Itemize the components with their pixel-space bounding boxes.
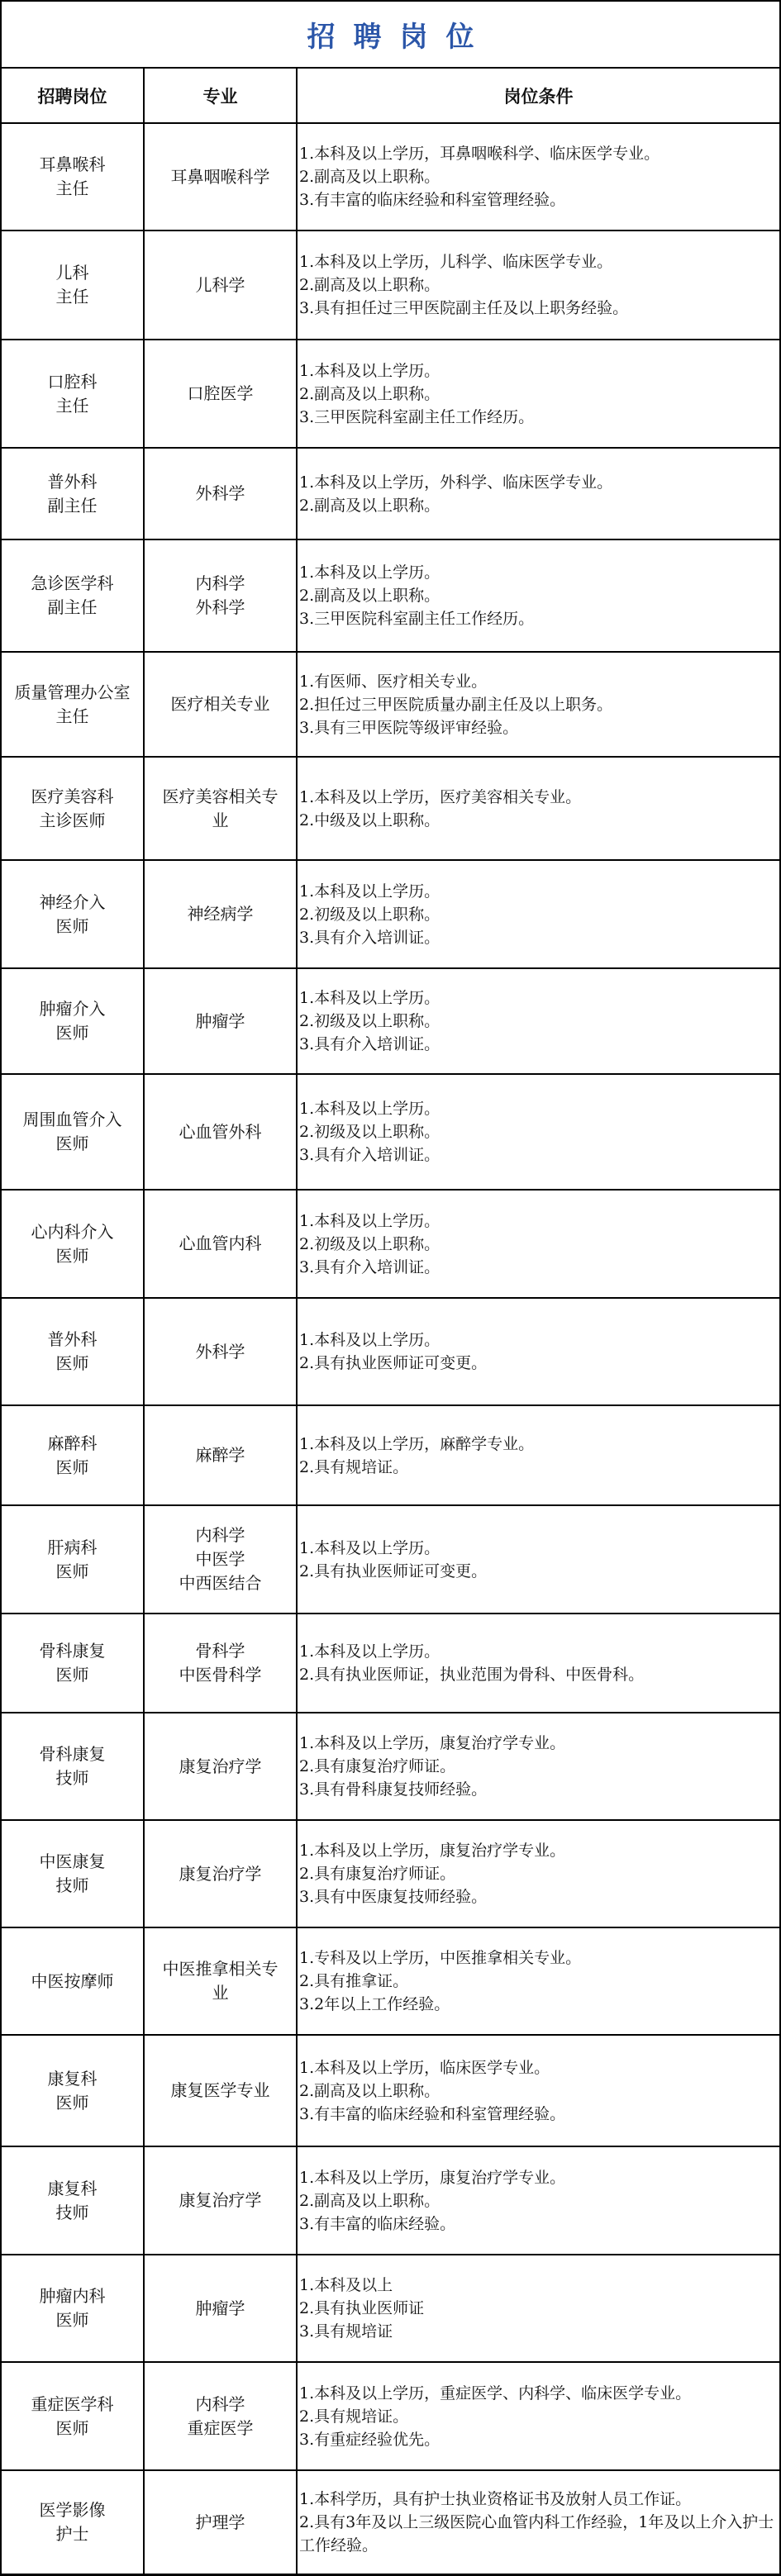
condition-item: 3.具有介入培训证。: [299, 1256, 778, 1279]
condition-item: 1.本科及以上学历。: [299, 561, 778, 584]
table-row: 口腔科主任口腔医学1.本科及以上学历。2.副高及以上职称。3.三甲医院科室副主任…: [2, 340, 779, 448]
condition-item: 2.具有执业医师证可变更。: [299, 1560, 778, 1583]
condition-item: 1.本科及以上学历。: [299, 1328, 778, 1352]
conditions-cell: 1.本科及以上学历，耳鼻咽喉科学、临床医学专业。2.副高及以上职称。3.有丰富的…: [297, 123, 779, 231]
major-cell: 康复治疗学: [144, 2146, 297, 2255]
condition-item: 2.副高及以上职称。: [299, 2189, 778, 2212]
condition-item: 2.副高及以上职称。: [299, 383, 778, 406]
condition-item: 3.有丰富的临床经验。: [299, 2212, 778, 2236]
table-header-row: 招聘岗位 专业 岗位条件: [2, 69, 779, 123]
conditions-cell: 1.本科及以上学历，儿科学、临床医学专业。2.副高及以上职称。3.具有担任过三甲…: [297, 231, 779, 340]
condition-item: 3.具有介入培训证。: [299, 1033, 778, 1056]
major-text: 外科学: [145, 1340, 296, 1364]
table-row: 麻醉科医师麻醉学1.本科及以上学历，麻醉学专业。2.具有规培证。: [2, 1405, 779, 1505]
condition-item: 1.本科及以上学历，康复治疗学专业。: [299, 1732, 778, 1755]
position-text: 肿瘤介入: [2, 997, 143, 1021]
major-cell: 心血管外科: [144, 1074, 297, 1190]
position-text: 重症医学科: [2, 2393, 143, 2417]
major-cell: 儿科学: [144, 231, 297, 340]
major-text: 儿科学: [145, 273, 296, 297]
condition-item: 1.本科及以上学历。: [299, 880, 778, 903]
major-text: 心血管内科: [145, 1232, 296, 1256]
major-cell: 肿瘤学: [144, 2255, 297, 2362]
position-text: 技师: [2, 1874, 143, 1898]
major-text: 耳鼻咽喉科学: [145, 165, 296, 189]
table-row: 医学影像护士护理学1.本科学历，具有护士执业资格证书及放射人员工作证。2.具有3…: [2, 2470, 779, 2574]
major-text: 业: [145, 1981, 296, 2005]
conditions-cell: 1.本科及以上学历，医疗美容相关专业。2.中级及以上职称。: [297, 757, 779, 860]
condition-item: 1.本科及以上学历。: [299, 1097, 778, 1120]
major-cell: 康复治疗学: [144, 1713, 297, 1820]
table-row: 心内科介入医师心血管内科1.本科及以上学历。2.初级及以上职称。3.具有介入培训…: [2, 1190, 779, 1298]
position-cell: 普外科医师: [2, 1298, 144, 1405]
major-text: 神经病学: [145, 902, 296, 926]
position-text: 医疗美容科: [2, 785, 143, 809]
condition-item: 3.具有介入培训证。: [299, 926, 778, 949]
major-cell: 康复治疗学: [144, 1820, 297, 1927]
condition-item: 3.具有骨科康复技师经验。: [299, 1778, 778, 1801]
position-text: 医师: [2, 2417, 143, 2441]
condition-item: 3.具有介入培训证。: [299, 1143, 778, 1167]
position-text: 骨科康复: [2, 1639, 143, 1663]
conditions-cell: 1.本科及以上学历。2.初级及以上职称。3.具有介入培训证。: [297, 1190, 779, 1298]
position-text: 副主任: [2, 494, 143, 518]
condition-item: 1.本科及以上学历，外科学、临床医学专业。: [299, 471, 778, 494]
position-cell: 普外科副主任: [2, 448, 144, 539]
position-text: 副主任: [2, 596, 143, 620]
condition-item: 2.初级及以上职称。: [299, 1233, 778, 1256]
condition-item: 2.具有康复治疗师证。: [299, 1755, 778, 1778]
major-text: 骨科学: [145, 1639, 296, 1663]
major-text: 外科学: [145, 482, 296, 506]
major-cell: 神经病学: [144, 860, 297, 968]
major-text: 康复治疗学: [145, 1755, 296, 1779]
conditions-cell: 1.本科及以上学历。2.初级及以上职称。3.具有介入培训证。: [297, 968, 779, 1074]
condition-item: 3.有丰富的临床经验和科室管理经验。: [299, 188, 778, 211]
position-text: 普外科: [2, 1328, 143, 1352]
condition-item: 3.有丰富的临床经验和科室管理经验。: [299, 2103, 778, 2126]
position-cell: 中医按摩师: [2, 1927, 144, 2035]
major-text: 心血管外科: [145, 1120, 296, 1144]
condition-item: 3.2年以上工作经验。: [299, 1993, 778, 2016]
position-text: 神经介入: [2, 891, 143, 915]
position-cell: 质量管理办公室主任: [2, 652, 144, 757]
recruitment-table: 招聘岗位 专业 岗位条件 耳鼻喉科主任耳鼻咽喉科学1.本科及以上学历，耳鼻咽喉科…: [2, 69, 779, 2575]
table-row: 中医按摩师中医推拿相关专业1.专科及以上学历，中医推拿相关专业。2.具有推拿证。…: [2, 1927, 779, 2035]
major-cell: 外科学: [144, 1298, 297, 1405]
major-text: 口腔医学: [145, 382, 296, 406]
condition-item: 2.副高及以上职称。: [299, 2079, 778, 2103]
position-text: 康复科: [2, 2067, 143, 2091]
condition-item: 2.担任过三甲医院质量办副主任及以上职务。: [299, 693, 778, 716]
major-cell: 护理学: [144, 2470, 297, 2574]
condition-item: 2.具有推拿证。: [299, 1970, 778, 1993]
position-text: 耳鼻喉科: [2, 153, 143, 177]
conditions-cell: 1.本科及以上学历，外科学、临床医学专业。2.副高及以上职称。: [297, 448, 779, 539]
major-text: 肿瘤学: [145, 1010, 296, 1034]
condition-item: 2.中级及以上职称。: [299, 809, 778, 832]
conditions-cell: 1.本科及以上学历，临床医学专业。2.副高及以上职称。3.有丰富的临床经验和科室…: [297, 2035, 779, 2146]
conditions-cell: 1.本科及以上学历，康复治疗学专业。2.具有康复治疗师证。3.具有中医康复技师经…: [297, 1820, 779, 1927]
condition-item: 2.具有执业医师证: [299, 2297, 778, 2320]
major-cell: 医疗相关专业: [144, 652, 297, 757]
major-text: 医疗美容相关专: [145, 785, 296, 809]
position-text: 肝病科: [2, 1536, 143, 1560]
major-cell: 肿瘤学: [144, 968, 297, 1074]
position-cell: 骨科康复医师: [2, 1614, 144, 1713]
position-cell: 心内科介入医师: [2, 1190, 144, 1298]
position-cell: 肝病科医师: [2, 1505, 144, 1614]
table-row: 骨科康复医师骨科学中医骨科学1.本科及以上学历。2.具有执业医师证，执业范围为骨…: [2, 1614, 779, 1713]
major-text: 护理学: [145, 2511, 296, 2535]
major-cell: 医疗美容相关专业: [144, 757, 297, 860]
major-text: 麻醉学: [145, 1443, 296, 1467]
condition-item: 1.本科及以上学历，康复治疗学专业。: [299, 1839, 778, 1862]
table-row: 中医康复技师康复治疗学1.本科及以上学历，康复治疗学专业。2.具有康复治疗师证。…: [2, 1820, 779, 1927]
position-text: 麻醉科: [2, 1432, 143, 1456]
condition-item: 2.初级及以上职称。: [299, 903, 778, 926]
major-cell: 外科学: [144, 448, 297, 539]
position-text: 康复科: [2, 2177, 143, 2201]
condition-item: 1.本科及以上学历，耳鼻咽喉科学、临床医学专业。: [299, 142, 778, 165]
conditions-cell: 1.本科及以上学历。2.具有执业医师证可变更。: [297, 1298, 779, 1405]
table-row: 康复科技师康复治疗学1.本科及以上学历，康复治疗学专业。2.副高及以上职称。3.…: [2, 2146, 779, 2255]
position-text: 儿科: [2, 261, 143, 285]
position-cell: 医疗美容科主诊医师: [2, 757, 144, 860]
position-text: 周围血管介入: [2, 1108, 143, 1132]
position-text: 医师: [2, 1244, 143, 1268]
page-title: 招聘岗位: [289, 14, 493, 55]
condition-item: 2.具有执业医师证可变更。: [299, 1352, 778, 1375]
condition-item: 2.副高及以上职称。: [299, 273, 778, 297]
position-text: 医师: [2, 2091, 143, 2115]
position-text: 医师: [2, 1352, 143, 1376]
header-conditions: 岗位条件: [297, 69, 779, 123]
position-cell: 耳鼻喉科主任: [2, 123, 144, 231]
condition-item: 2.具有规培证。: [299, 1456, 778, 1479]
condition-item: 1.本科及以上学历，重症医学、内科学、临床医学专业。: [299, 2382, 778, 2405]
table-row: 急诊医学科副主任内科学外科学1.本科及以上学历。2.副高及以上职称。3.三甲医院…: [2, 539, 779, 652]
condition-item: 1.本科及以上学历，医疗美容相关专业。: [299, 786, 778, 809]
condition-item: 3.三甲医院科室副主任工作经历。: [299, 406, 778, 429]
table-row: 耳鼻喉科主任耳鼻咽喉科学1.本科及以上学历，耳鼻咽喉科学、临床医学专业。2.副高…: [2, 123, 779, 231]
position-cell: 骨科康复技师: [2, 1713, 144, 1820]
condition-item: 1.本科及以上学历。: [299, 986, 778, 1010]
major-text: 重症医学: [145, 2417, 296, 2441]
table-row: 普外科副主任外科学1.本科及以上学历，外科学、临床医学专业。2.副高及以上职称。: [2, 448, 779, 539]
position-text: 技师: [2, 2201, 143, 2225]
position-text: 医师: [2, 1132, 143, 1156]
major-cell: 耳鼻咽喉科学: [144, 123, 297, 231]
major-text: 业: [145, 809, 296, 833]
major-text: 内科学: [145, 1523, 296, 1547]
conditions-cell: 1.本科及以上学历，康复治疗学专业。2.副高及以上职称。3.有丰富的临床经验。: [297, 2146, 779, 2255]
position-text: 医师: [2, 1021, 143, 1045]
condition-item: 1.本科及以上学历，康复治疗学专业。: [299, 2166, 778, 2189]
conditions-cell: 1.本科及以上学历。2.初级及以上职称。3.具有介入培训证。: [297, 860, 779, 968]
position-text: 主任: [2, 394, 143, 418]
condition-item: 3.具有担任过三甲医院副主任及以上职务经验。: [299, 297, 778, 320]
condition-item: 2.副高及以上职称。: [299, 165, 778, 188]
condition-item: 1.有医师、医疗相关专业。: [299, 670, 778, 693]
major-text: 医疗相关专业: [145, 692, 296, 716]
position-text: 医师: [2, 915, 143, 939]
major-cell: 内科学重症医学: [144, 2362, 297, 2470]
position-cell: 儿科主任: [2, 231, 144, 340]
conditions-cell: 1.本科及以上学历，麻醉学专业。2.具有规培证。: [297, 1405, 779, 1505]
major-text: 内科学: [145, 2393, 296, 2417]
condition-item: 2.具有康复治疗师证。: [299, 1862, 778, 1885]
condition-item: 1.本科及以上学历。: [299, 359, 778, 383]
table-body: 耳鼻喉科主任耳鼻咽喉科学1.本科及以上学历，耳鼻咽喉科学、临床医学专业。2.副高…: [2, 123, 779, 2574]
condition-item: 2.初级及以上职称。: [299, 1010, 778, 1033]
position-text: 护士: [2, 2522, 143, 2546]
condition-item: 1.本科及以上: [299, 2274, 778, 2297]
position-text: 肿瘤内科: [2, 2284, 143, 2308]
position-text: 中医按摩师: [2, 1970, 143, 1994]
position-text: 技师: [2, 1766, 143, 1790]
position-cell: 肿瘤介入医师: [2, 968, 144, 1074]
position-cell: 医学影像护士: [2, 2470, 144, 2574]
position-text: 主诊医师: [2, 809, 143, 833]
position-text: 骨科康复: [2, 1742, 143, 1766]
condition-item: 1.本科及以上学历，临床医学专业。: [299, 2056, 778, 2079]
position-text: 主任: [2, 285, 143, 309]
conditions-cell: 1.本科及以上学历。2.副高及以上职称。3.三甲医院科室副主任工作经历。: [297, 340, 779, 448]
condition-item: 1.本科及以上学历，麻醉学专业。: [299, 1433, 778, 1456]
major-text: 外科学: [145, 596, 296, 620]
table-row: 肿瘤介入医师肿瘤学1.本科及以上学历。2.初级及以上职称。3.具有介入培训证。: [2, 968, 779, 1074]
major-cell: 内科学中医学中西医结合: [144, 1505, 297, 1614]
conditions-cell: 1.本科学历，具有护士执业资格证书及放射人员工作证。2.具有3年及以上三级医院心…: [297, 2470, 779, 2574]
major-text: 中西医结合: [145, 1571, 296, 1595]
condition-item: 2.副高及以上职称。: [299, 584, 778, 607]
header-position: 招聘岗位: [2, 69, 144, 123]
conditions-cell: 1.专科及以上学历，中医推拿相关专业。2.具有推拿证。3.2年以上工作经验。: [297, 1927, 779, 2035]
position-cell: 口腔科主任: [2, 340, 144, 448]
position-cell: 康复科医师: [2, 2035, 144, 2146]
table-row: 儿科主任儿科学1.本科及以上学历，儿科学、临床医学专业。2.副高及以上职称。3.…: [2, 231, 779, 340]
position-cell: 重症医学科医师: [2, 2362, 144, 2470]
title-row: 招聘岗位: [2, 2, 779, 69]
table-row: 重症医学科医师内科学重症医学1.本科及以上学历，重症医学、内科学、临床医学专业。…: [2, 2362, 779, 2470]
conditions-cell: 1.有医师、医疗相关专业。2.担任过三甲医院质量办副主任及以上职务。3.具有三甲…: [297, 652, 779, 757]
major-cell: 口腔医学: [144, 340, 297, 448]
position-text: 口腔科: [2, 370, 143, 394]
position-text: 医师: [2, 2308, 143, 2332]
position-text: 主任: [2, 177, 143, 201]
position-cell: 神经介入医师: [2, 860, 144, 968]
condition-item: 1.本科学历，具有护士执业资格证书及放射人员工作证。: [299, 2488, 778, 2511]
major-text: 中医骨科学: [145, 1663, 296, 1687]
major-cell: 骨科学中医骨科学: [144, 1614, 297, 1713]
position-text: 医师: [2, 1456, 143, 1480]
conditions-cell: 1.本科及以上学历。2.初级及以上职称。3.具有介入培训证。: [297, 1074, 779, 1190]
table-row: 周围血管介入医师心血管外科1.本科及以上学历。2.初级及以上职称。3.具有介入培…: [2, 1074, 779, 1190]
condition-item: 1.本科及以上学历。: [299, 1210, 778, 1233]
major-cell: 内科学外科学: [144, 539, 297, 652]
major-text: 康复治疗学: [145, 1862, 296, 1886]
position-text: 医师: [2, 1560, 143, 1584]
table-row: 医疗美容科主诊医师医疗美容相关专业1.本科及以上学历，医疗美容相关专业。2.中级…: [2, 757, 779, 860]
major-cell: 麻醉学: [144, 1405, 297, 1505]
position-text: 急诊医学科: [2, 572, 143, 596]
position-cell: 麻醉科医师: [2, 1405, 144, 1505]
major-cell: 康复医学专业: [144, 2035, 297, 2146]
conditions-cell: 1.本科及以上学历，重症医学、内科学、临床医学专业。2.具有规培证。3.有重症经…: [297, 2362, 779, 2470]
major-text: 中医学: [145, 1547, 296, 1571]
table-row: 神经介入医师神经病学1.本科及以上学历。2.初级及以上职称。3.具有介入培训证。: [2, 860, 779, 968]
condition-item: 1.专科及以上学历，中医推拿相关专业。: [299, 1946, 778, 1970]
condition-item: 2.具有执业医师证，执业范围为骨科、中医骨科。: [299, 1663, 778, 1686]
major-text: 康复医学专业: [145, 2079, 296, 2103]
condition-item: 1.本科及以上学历，儿科学、临床医学专业。: [299, 250, 778, 273]
condition-item: 1.本科及以上学历。: [299, 1640, 778, 1663]
conditions-cell: 1.本科及以上学历。2.具有执业医师证可变更。: [297, 1505, 779, 1614]
condition-item: 2.副高及以上职称。: [299, 494, 778, 517]
table-row: 质量管理办公室主任医疗相关专业1.有医师、医疗相关专业。2.担任过三甲医院质量办…: [2, 652, 779, 757]
position-text: 心内科介入: [2, 1220, 143, 1244]
conditions-cell: 1.本科及以上2.具有执业医师证3.具有规培证: [297, 2255, 779, 2362]
table-row: 康复科医师康复医学专业1.本科及以上学历，临床医学专业。2.副高及以上职称。3.…: [2, 2035, 779, 2146]
position-text: 医学影像: [2, 2498, 143, 2522]
table-row: 肝病科医师内科学中医学中西医结合1.本科及以上学历。2.具有执业医师证可变更。: [2, 1505, 779, 1614]
condition-item: 2.具有规培证。: [299, 2405, 778, 2428]
position-cell: 肿瘤内科医师: [2, 2255, 144, 2362]
condition-item: 2.具有3年及以上三级医院心血管内科工作经验，1年及以上介入护士工作经验。: [299, 2511, 778, 2557]
position-cell: 中医康复技师: [2, 1820, 144, 1927]
major-text: 康复治疗学: [145, 2189, 296, 2212]
table-row: 骨科康复技师康复治疗学1.本科及以上学历，康复治疗学专业。2.具有康复治疗师证。…: [2, 1713, 779, 1820]
condition-item: 1.本科及以上学历。: [299, 1537, 778, 1560]
position-text: 主任: [2, 705, 143, 729]
header-major: 专业: [144, 69, 297, 123]
table-row: 普外科医师外科学1.本科及以上学历。2.具有执业医师证可变更。: [2, 1298, 779, 1405]
position-cell: 康复科技师: [2, 2146, 144, 2255]
position-text: 中医康复: [2, 1850, 143, 1874]
position-text: 医师: [2, 1663, 143, 1687]
recruitment-sheet: 招聘岗位 招聘岗位 专业 岗位条件 耳鼻喉科主任耳鼻咽喉科学1.本科及以上学历，…: [0, 0, 781, 2576]
conditions-cell: 1.本科及以上学历。2.副高及以上职称。3.三甲医院科室副主任工作经历。: [297, 539, 779, 652]
major-cell: 心血管内科: [144, 1190, 297, 1298]
condition-item: 3.具有中医康复技师经验。: [299, 1885, 778, 1908]
major-cell: 中医推拿相关专业: [144, 1927, 297, 2035]
major-text: 肿瘤学: [145, 2297, 296, 2321]
position-cell: 急诊医学科副主任: [2, 539, 144, 652]
condition-item: 3.有重症经验优先。: [299, 2428, 778, 2451]
conditions-cell: 1.本科及以上学历，康复治疗学专业。2.具有康复治疗师证。3.具有骨科康复技师经…: [297, 1713, 779, 1820]
condition-item: 3.具有三甲医院等级评审经验。: [299, 716, 778, 739]
condition-item: 2.初级及以上职称。: [299, 1120, 778, 1143]
position-text: 质量管理办公室: [2, 681, 143, 705]
table-row: 肿瘤内科医师肿瘤学1.本科及以上2.具有执业医师证3.具有规培证: [2, 2255, 779, 2362]
position-cell: 周围血管介入医师: [2, 1074, 144, 1190]
condition-item: 3.三甲医院科室副主任工作经历。: [299, 607, 778, 630]
position-text: 普外科: [2, 470, 143, 494]
conditions-cell: 1.本科及以上学历。2.具有执业医师证，执业范围为骨科、中医骨科。: [297, 1614, 779, 1713]
major-text: 内科学: [145, 572, 296, 596]
condition-item: 3.具有规培证: [299, 2320, 778, 2343]
major-text: 中医推拿相关专: [145, 1957, 296, 1981]
